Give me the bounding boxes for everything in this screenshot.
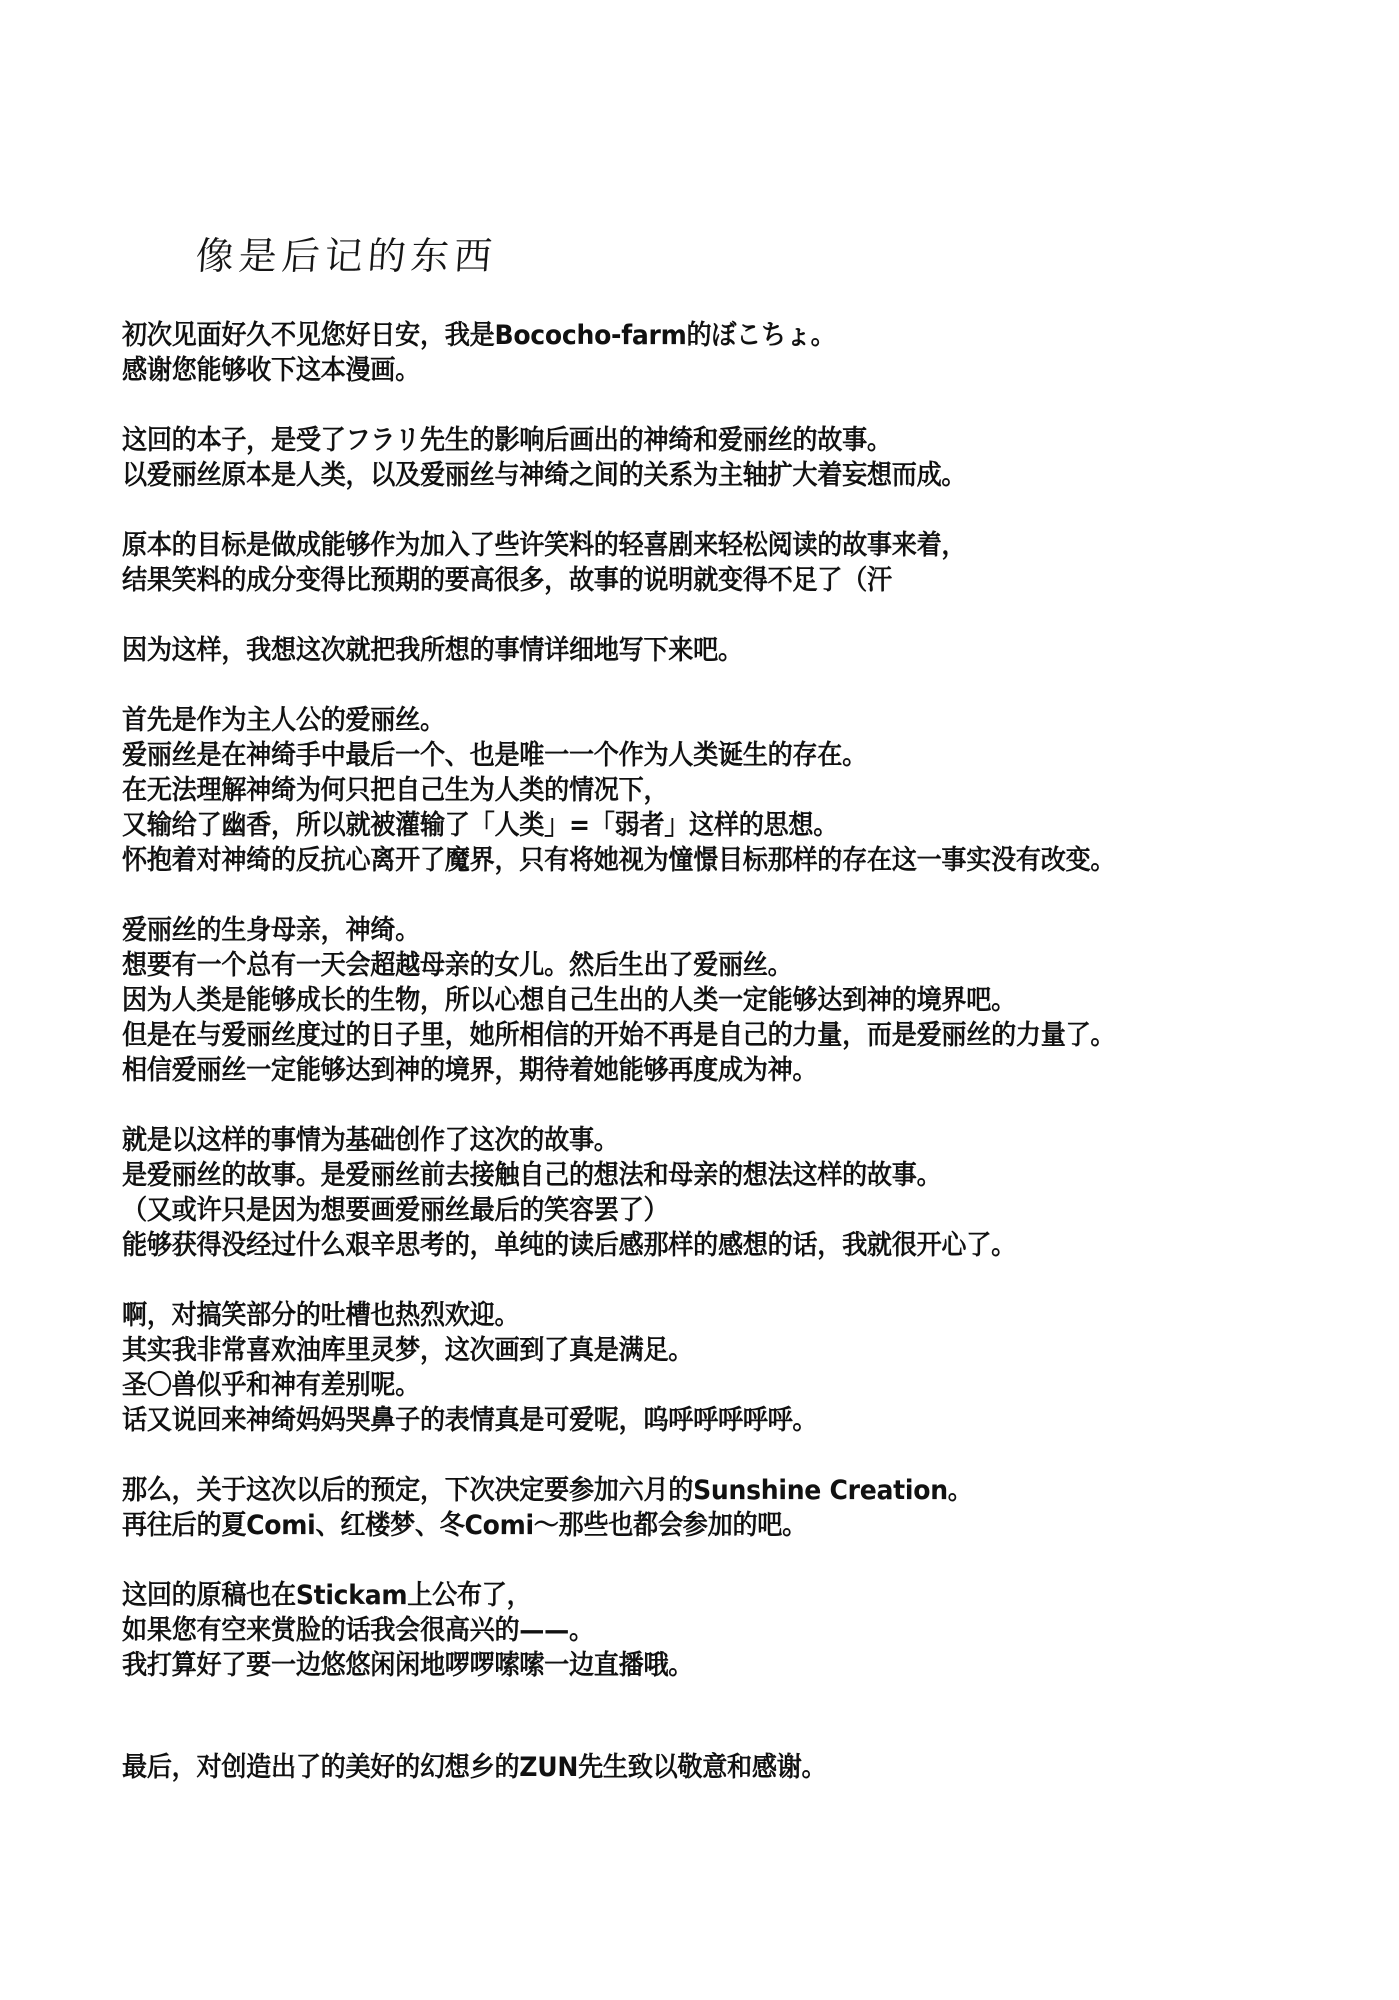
text-line: 想要有一个总有一天会超越母亲的女儿。然后生出了爱丽丝。 [122, 948, 1294, 983]
paragraph-premise: 这回的本子，是受了フラリ先生的影响后画出的神绮和爱丽丝的故事。 以爱丽丝原本是人… [122, 423, 1382, 493]
text-line: 感谢您能够收下这本漫画。 [122, 353, 1294, 388]
afterword-page: 像是后记的东西 初次见面好久不见您好日安，我是Bococho-farm的ぼこちょ… [0, 0, 1399, 2000]
text-line: 能够获得没经过什么艰辛思考的，单纯的读后感那样的感想的话，我就很开心了。 [122, 1228, 1294, 1263]
text-line: 就是以这样的事情为基础创作了这次的故事。 [122, 1123, 1294, 1158]
paragraph-stickam: 这回的原稿也在Stickam上公布了， 如果您有空来赏脸的话我会很高兴的——。 … [122, 1578, 1382, 1683]
paragraph-schedule: 那么，关于这次以后的预定，下次决定要参加六月的Sunshine Creation… [122, 1473, 1382, 1543]
text-line: 结果笑料的成分变得比预期的要高很多，故事的说明就变得不足了（汗 [122, 563, 1294, 598]
afterword-body: 初次见面好久不见您好日安，我是Bococho-farm的ぼこちょ。 感谢您能够收… [122, 318, 1382, 1820]
text-line: 但是在与爱丽丝度过的日子里，她所相信的开始不再是自己的力量，而是爱丽丝的力量了。 [122, 1018, 1294, 1053]
paragraph-explanation-intro: 因为这样，我想这次就把我所想的事情详细地写下来吧。 [122, 633, 1382, 668]
text-line: 圣〇兽似乎和神有差别呢。 [122, 1368, 1294, 1403]
text-line: （又或许只是因为想要画爱丽丝最后的笑容罢了） [122, 1193, 1294, 1228]
text-line: 原本的目标是做成能够作为加入了些许笑料的轻喜剧来轻松阅读的故事来着， [122, 528, 1294, 563]
text-line: 又输给了幽香，所以就被灌输了「人类」=「弱者」这样的思想。 [122, 808, 1294, 843]
text-line: 其实我非常喜欢油库里灵梦，这次画到了真是满足。 [122, 1333, 1294, 1368]
text-line: 这回的原稿也在Stickam上公布了， [122, 1578, 1294, 1613]
text-line: 是爱丽丝的故事。是爱丽丝前去接触自己的想法和母亲的想法这样的故事。 [122, 1158, 1294, 1193]
text-line: 相信爱丽丝一定能够达到神的境界，期待着她能够再度成为神。 [122, 1053, 1294, 1088]
text-line: 在无法理解神绮为何只把自己生为人类的情况下， [122, 773, 1294, 808]
text-line: 那么，关于这次以后的预定，下次决定要参加六月的Sunshine Creation… [122, 1473, 1294, 1508]
paragraph-shinki: 爱丽丝的生身母亲，神绮。 想要有一个总有一天会超越母亲的女儿。然后生出了爱丽丝。… [122, 913, 1382, 1088]
text-line: 啊，对搞笑部分的吐槽也热烈欢迎。 [122, 1298, 1294, 1333]
text-line: 话又说回来神绮妈妈哭鼻子的表情真是可爱呢，呜呼呼呼呼呼。 [122, 1403, 1294, 1438]
text-line: 怀抱着对神绮的反抗心离开了魔界，只有将她视为憧憬目标那样的存在这一事实没有改变。 [122, 843, 1294, 878]
text-line: 爱丽丝是在神绮手中最后一个、也是唯一一个作为人类诞生的存在。 [122, 738, 1294, 773]
text-line: 首先是作为主人公的爱丽丝。 [122, 703, 1294, 738]
text-line: 再往后的夏Comi、红楼梦、冬Comi～那些也都会参加的吧。 [122, 1508, 1294, 1543]
text-line: 我打算好了要一边悠悠闲闲地啰啰嗦嗦一边直播哦。 [122, 1648, 1294, 1683]
text-line: 因为人类是能够成长的生物，所以心想自己生出的人类一定能够达到神的境界吧。 [122, 983, 1294, 1018]
text-line: 这回的本子，是受了フラリ先生的影响后画出的神绮和爱丽丝的故事。 [122, 423, 1294, 458]
text-line: 如果您有空来赏脸的话我会很高兴的——。 [122, 1613, 1294, 1648]
text-line: 最后，对创造出了的美好的幻想乡的ZUN先生致以敬意和感谢。 [122, 1750, 1294, 1785]
text-line: 爱丽丝的生身母亲，神绮。 [122, 913, 1294, 948]
page-title: 像是后记的东西 [194, 225, 499, 280]
text-line: 以爱丽丝原本是人类，以及爱丽丝与神绮之间的关系为主轴扩大着妄想而成。 [122, 458, 1294, 493]
paragraph-comedy: 啊，对搞笑部分的吐槽也热烈欢迎。 其实我非常喜欢油库里灵梦，这次画到了真是满足。… [122, 1298, 1382, 1438]
text-line: 因为这样，我想这次就把我所想的事情详细地写下来吧。 [122, 633, 1294, 668]
paragraph-original-goal: 原本的目标是做成能够作为加入了些许笑料的轻喜剧来轻松阅读的故事来着， 结果笑料的… [122, 528, 1382, 598]
text-line: 初次见面好久不见您好日安，我是Bococho-farm的ぼこちょ。 [122, 318, 1294, 353]
paragraph-story-basis: 就是以这样的事情为基础创作了这次的故事。 是爱丽丝的故事。是爱丽丝前去接触自己的… [122, 1123, 1382, 1263]
paragraph-alice: 首先是作为主人公的爱丽丝。 爱丽丝是在神绮手中最后一个、也是唯一一个作为人类诞生… [122, 703, 1382, 878]
paragraph-greeting: 初次见面好久不见您好日安，我是Bococho-farm的ぼこちょ。 感谢您能够收… [122, 318, 1382, 388]
paragraph-closing-thanks: 最后，对创造出了的美好的幻想乡的ZUN先生致以敬意和感谢。 [122, 1750, 1382, 1785]
